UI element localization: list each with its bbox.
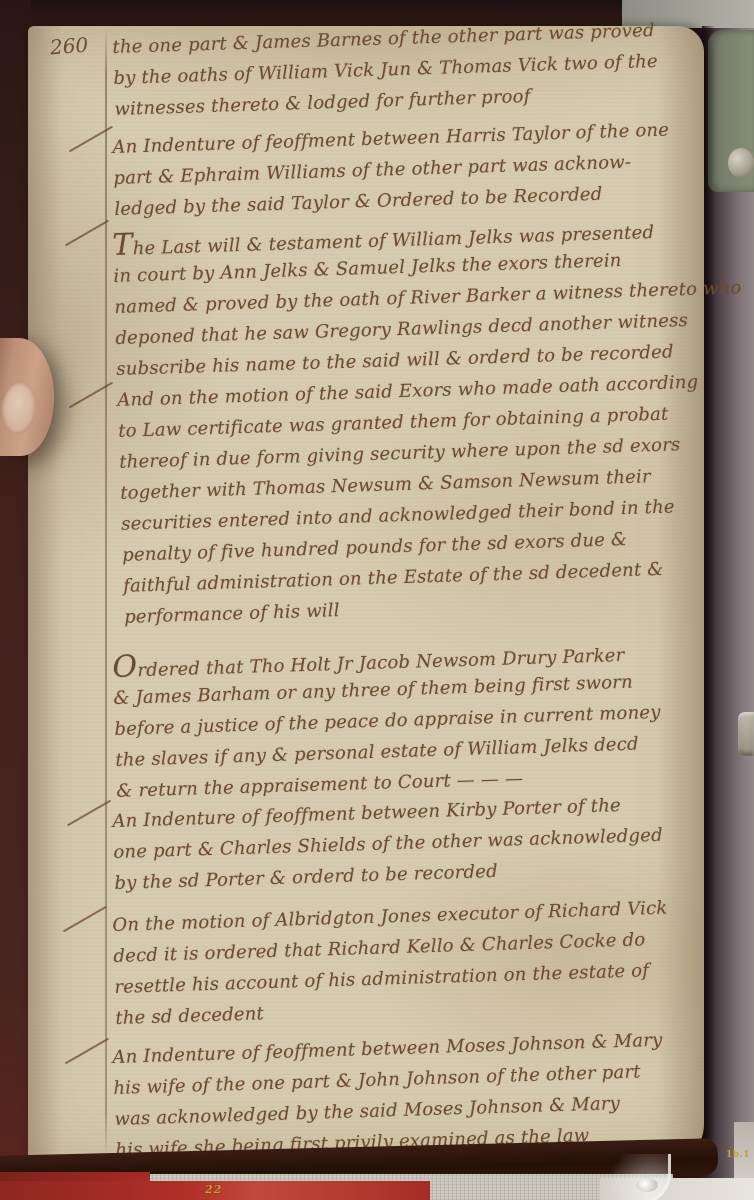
- manuscript-photo: 22 1b.1 260 the one part & James Barnes …: [0, 0, 754, 1200]
- glass-corner-highlight: [584, 1154, 671, 1200]
- paragraph: Ordered that Tho Holt Jr Jacob Newsom Dr…: [112, 633, 715, 807]
- paragraph: On the motion of Albridgton Jones execut…: [112, 891, 714, 1034]
- cover-gold-number: 22: [205, 1183, 222, 1196]
- page-number: 260: [49, 33, 89, 60]
- paragraph-tick: [65, 220, 109, 247]
- paragraph: An Indenture of feoffment between Kirby …: [112, 787, 713, 899]
- manuscript-page: 260 the one part & James Barnes of the o…: [28, 26, 704, 1166]
- spine-gold-label: 1b.1: [726, 1150, 750, 1160]
- paragraph: the one part & James Barnes of the other…: [112, 13, 713, 125]
- book-gutter-left: [0, 0, 31, 1200]
- thumb-nail: [0, 380, 39, 435]
- paragraph: The Last will & testament of William Jel…: [112, 211, 722, 633]
- paragraph: An Indenture of feoffment between Harris…: [112, 113, 713, 225]
- margin-rule: [105, 28, 107, 1156]
- specular-highlight: [636, 1178, 658, 1192]
- metal-clip-icon: [738, 712, 754, 756]
- paragraph-tick: [63, 906, 107, 933]
- metal-knob-icon: [728, 148, 754, 178]
- paragraph-tick: [65, 1038, 109, 1065]
